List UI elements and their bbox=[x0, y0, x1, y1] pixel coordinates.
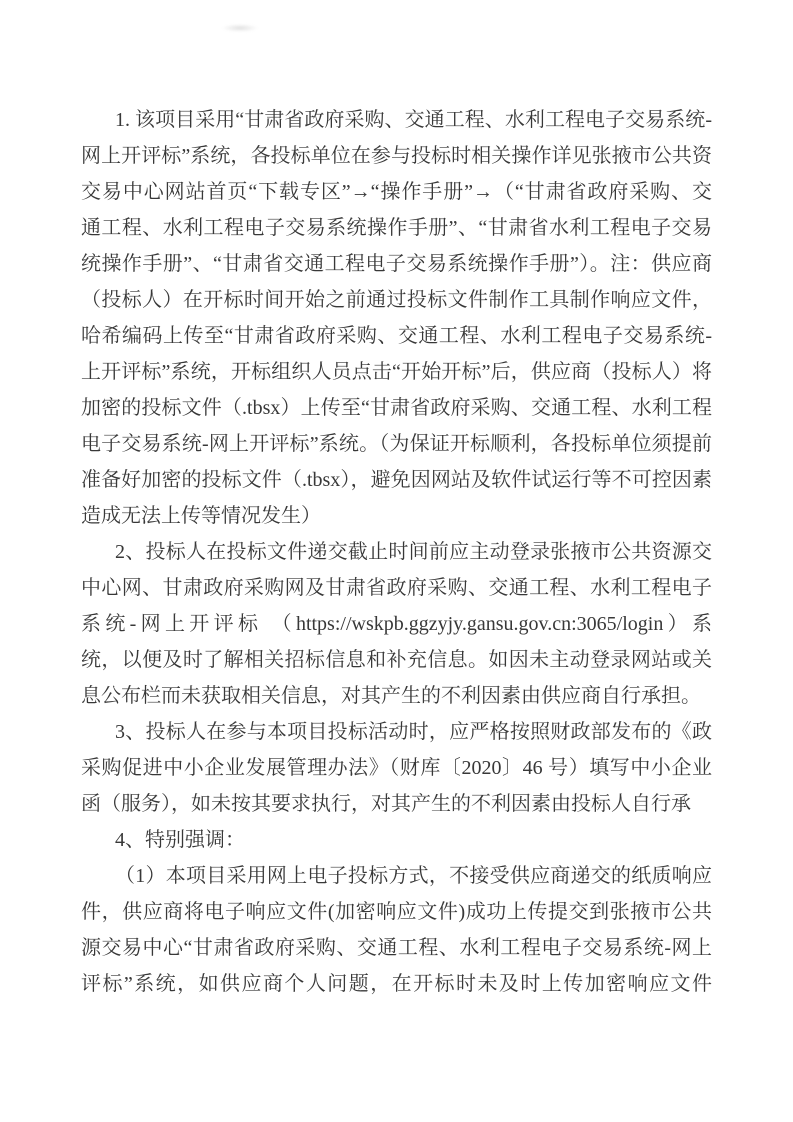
document-page: 1. 该项目采用“甘肃省政府采购、交通工程、水利工程电子交易系统-网上开评标”系… bbox=[0, 0, 793, 1122]
text-line: 电子交易系统-网上开评标”系统。（为保证开标顺利，各投标单位须提前 bbox=[81, 426, 712, 462]
text-line: 3、投标人在参与本项目投标活动时，应严格按照财政部发布的《政府 bbox=[81, 714, 712, 750]
text-line: 1. 该项目采用“甘肃省政府采购、交通工程、水利工程电子交易系统- bbox=[81, 102, 712, 138]
text-line: 件，供应商将电子响应文件(加密响应文件)成功上传提交到张掖市公共资 bbox=[81, 894, 712, 930]
text-line: 准备好加密的投标文件（.tbsx），避免因网站及软件试运行等不可控因素 bbox=[81, 462, 712, 498]
text-line: 造成无法上传等情况发生） bbox=[81, 498, 712, 534]
text-line: 通工程、水利工程电子交易系统操作手册”、“甘肃省水利工程电子交易系 bbox=[81, 210, 712, 246]
document-body: 1. 该项目采用“甘肃省政府采购、交通工程、水利工程电子交易系统-网上开评标”系… bbox=[81, 102, 712, 1002]
text-line: 统操作手册”、“甘肃省交通工程电子交易系统操作手册”）。注：供应商 bbox=[81, 246, 712, 282]
text-line: 网上开评标”系统，各投标单位在参与投标时相关操作详见张掖市公共资源 bbox=[81, 138, 712, 174]
text-line: 4、特别强调： bbox=[81, 822, 712, 858]
text-line: 上开评标”系统，开标组织人员点击“开始开标”后，供应商（投标人）将 bbox=[81, 354, 712, 390]
text-line: 中心网、甘肃政府采购网及甘肃省政府采购、交通工程、水利工程电子交易 bbox=[81, 570, 712, 606]
text-line: （1）本项目采用网上电子投标方式，不接受供应商递交的纸质响应文 bbox=[81, 858, 712, 894]
text-line: 哈希编码上传至“甘肃省政府采购、交通工程、水利工程电子交易系统-网 bbox=[81, 318, 712, 354]
text-line: 交易中心网站首页“下载专区”→“操作手册”→（“甘肃省政府采购、交 bbox=[81, 174, 712, 210]
text-line: 评标”系统，如供应商个人问题，在开标时未及时上传加密响应文件（.tbsx） bbox=[81, 966, 712, 1002]
text-line: 源交易中心“甘肃省政府采购、交通工程、水利工程电子交易系统-网上开 bbox=[81, 930, 712, 966]
text-line: 统，以便及时了解相关招标信息和补充信息。如因未主动登录网站或关注信 bbox=[81, 642, 712, 678]
text-line: 系统-网上开评标 （https://wskpb.ggzyjy.gansu.gov… bbox=[81, 606, 712, 642]
text-line: 采购促进中小企业发展管理办法》（财库〔2020〕46 号）填写中小企业声明 bbox=[81, 750, 712, 786]
text-line: （投标人）在开标时间开始之前通过投标文件制作工具制作响应文件，并将 bbox=[81, 282, 712, 318]
text-line: 函（服务），如未按其要求执行，对其产生的不利因素由投标人自行承担。 bbox=[81, 786, 712, 822]
text-line: 息公布栏而未获取相关信息，对其产生的不利因素由供应商自行承担。 bbox=[81, 678, 712, 714]
scan-smudge-artifact bbox=[222, 24, 258, 32]
text-line: 加密的投标文件（.tbsx）上传至“甘肃省政府采购、交通工程、水利工程 bbox=[81, 390, 712, 426]
text-line: 2、投标人在投标文件递交截止时间前应主动登录张掖市公共资源交易 bbox=[81, 534, 712, 570]
